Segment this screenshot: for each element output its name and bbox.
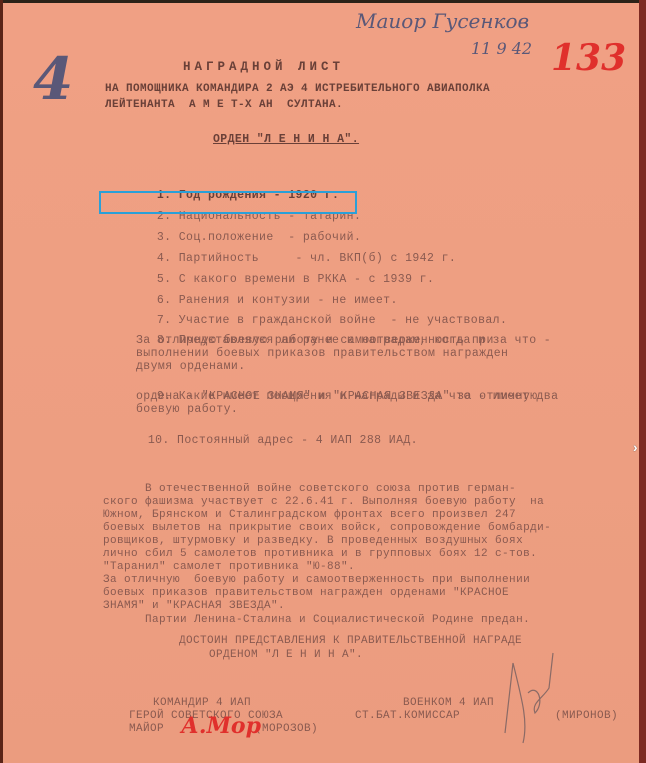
handwritten-date: 11 9 42 xyxy=(471,39,532,58)
subtitle-line-2: ЛЕЙТЕНАНТА А М Е Т-Х АН СУЛТАНА. xyxy=(105,99,343,111)
award-sheet-page: Маиор Гусенков 11 9 42 133 4 НАГРАДНОЙ Л… xyxy=(3,3,639,763)
narrative-line-2: ского фашизма участвует с 22.6.41 г. Вып… xyxy=(103,496,544,508)
commander-signature: А.Мор xyxy=(181,713,261,739)
narrative-line-5: ровщиков, штурмовку и разведку. В провед… xyxy=(103,535,523,547)
narrative-line-8: За отличную боевую работу и самоотвержен… xyxy=(103,574,530,586)
commissar-signature-icon xyxy=(483,643,563,753)
page-right-edge xyxy=(639,0,646,763)
commissar-name: (МИРОНОВ) xyxy=(555,710,618,722)
handwritten-note: Маиор Гусенков xyxy=(356,9,529,33)
narrative-line-4: боевых вылетов на прикрытие своих войск,… xyxy=(103,522,551,534)
item-8-line-2: За отличную боевую работу и самоотвержен… xyxy=(136,334,494,347)
narrative-line-10: ЗНАМЯ" и "КРАСНАЯ ЗВЕЗДА". xyxy=(103,600,285,612)
narrative-line-6: лично сбил 5 самолетов противника и в гр… xyxy=(103,548,537,560)
item-8-line-3: выполнении боевых приказов правительство… xyxy=(136,347,508,360)
page-left-edge xyxy=(0,0,3,763)
commissar-rank: СТ.БАТ.КОМИССАР xyxy=(355,710,460,722)
subtitle-line-1: НА ПОМОЩНИКА КОМАНДИРА 2 АЭ 4 ИСТРЕБИТЕЛ… xyxy=(105,83,490,95)
red-archive-number: 133 xyxy=(551,37,626,79)
item-9-line-3: боевую работу. xyxy=(136,403,238,416)
item-10: 10. Постоянный адрес - 4 ИАП 288 ИАД. xyxy=(104,421,418,460)
narrative-line-9: боевых приказов правительством награжден… xyxy=(103,587,509,599)
commander-name: (МОРОЗОВ) xyxy=(255,723,318,735)
next-page-arrow-icon[interactable]: › xyxy=(631,441,645,457)
narrative-line-3: Южном, Брянском и Сталинградском фронтах… xyxy=(103,509,516,521)
conclusion-line-2: ОРДЕНОМ "Л Е Н И Н А". xyxy=(209,649,363,661)
order-name: ОРДЕН "Л Е Н И Н А". xyxy=(213,133,359,146)
commander-rank: МАЙОР xyxy=(129,723,164,735)
narrative-line-1: В отечественной войне советского союза п… xyxy=(103,483,516,495)
highlight-box-nationality xyxy=(99,191,357,214)
document-frame: Маиор Гусенков 11 9 42 133 4 НАГРАДНОЙ Л… xyxy=(0,0,646,763)
narrative-line-11: Партии Ленина-Сталина и Социалистической… xyxy=(103,614,530,626)
conclusion-line-1: ДОСТОИН ПРЕДСТАВЛЕНИЯ К ПРАВИТЕЛЬСТВЕННО… xyxy=(179,635,522,647)
narrative-line-7: "Таранил" самолет противника "Ю-88". xyxy=(103,561,355,573)
commissar-title: ВОЕНКОМ 4 ИАП xyxy=(403,697,494,709)
document-title: НАГРАДНОЙ ЛИСТ xyxy=(183,60,344,74)
handwritten-mark: 4 xyxy=(33,45,73,113)
item-8-line-4: двумя орденами. xyxy=(136,360,246,373)
item-9-line-2: ордена - "КРАСНОЕ ЗНАМЯ" и "КРАСНАЯ ЗВЕЗ… xyxy=(136,390,538,403)
commander-title: КОМАНДИР 4 ИАП xyxy=(153,697,251,709)
